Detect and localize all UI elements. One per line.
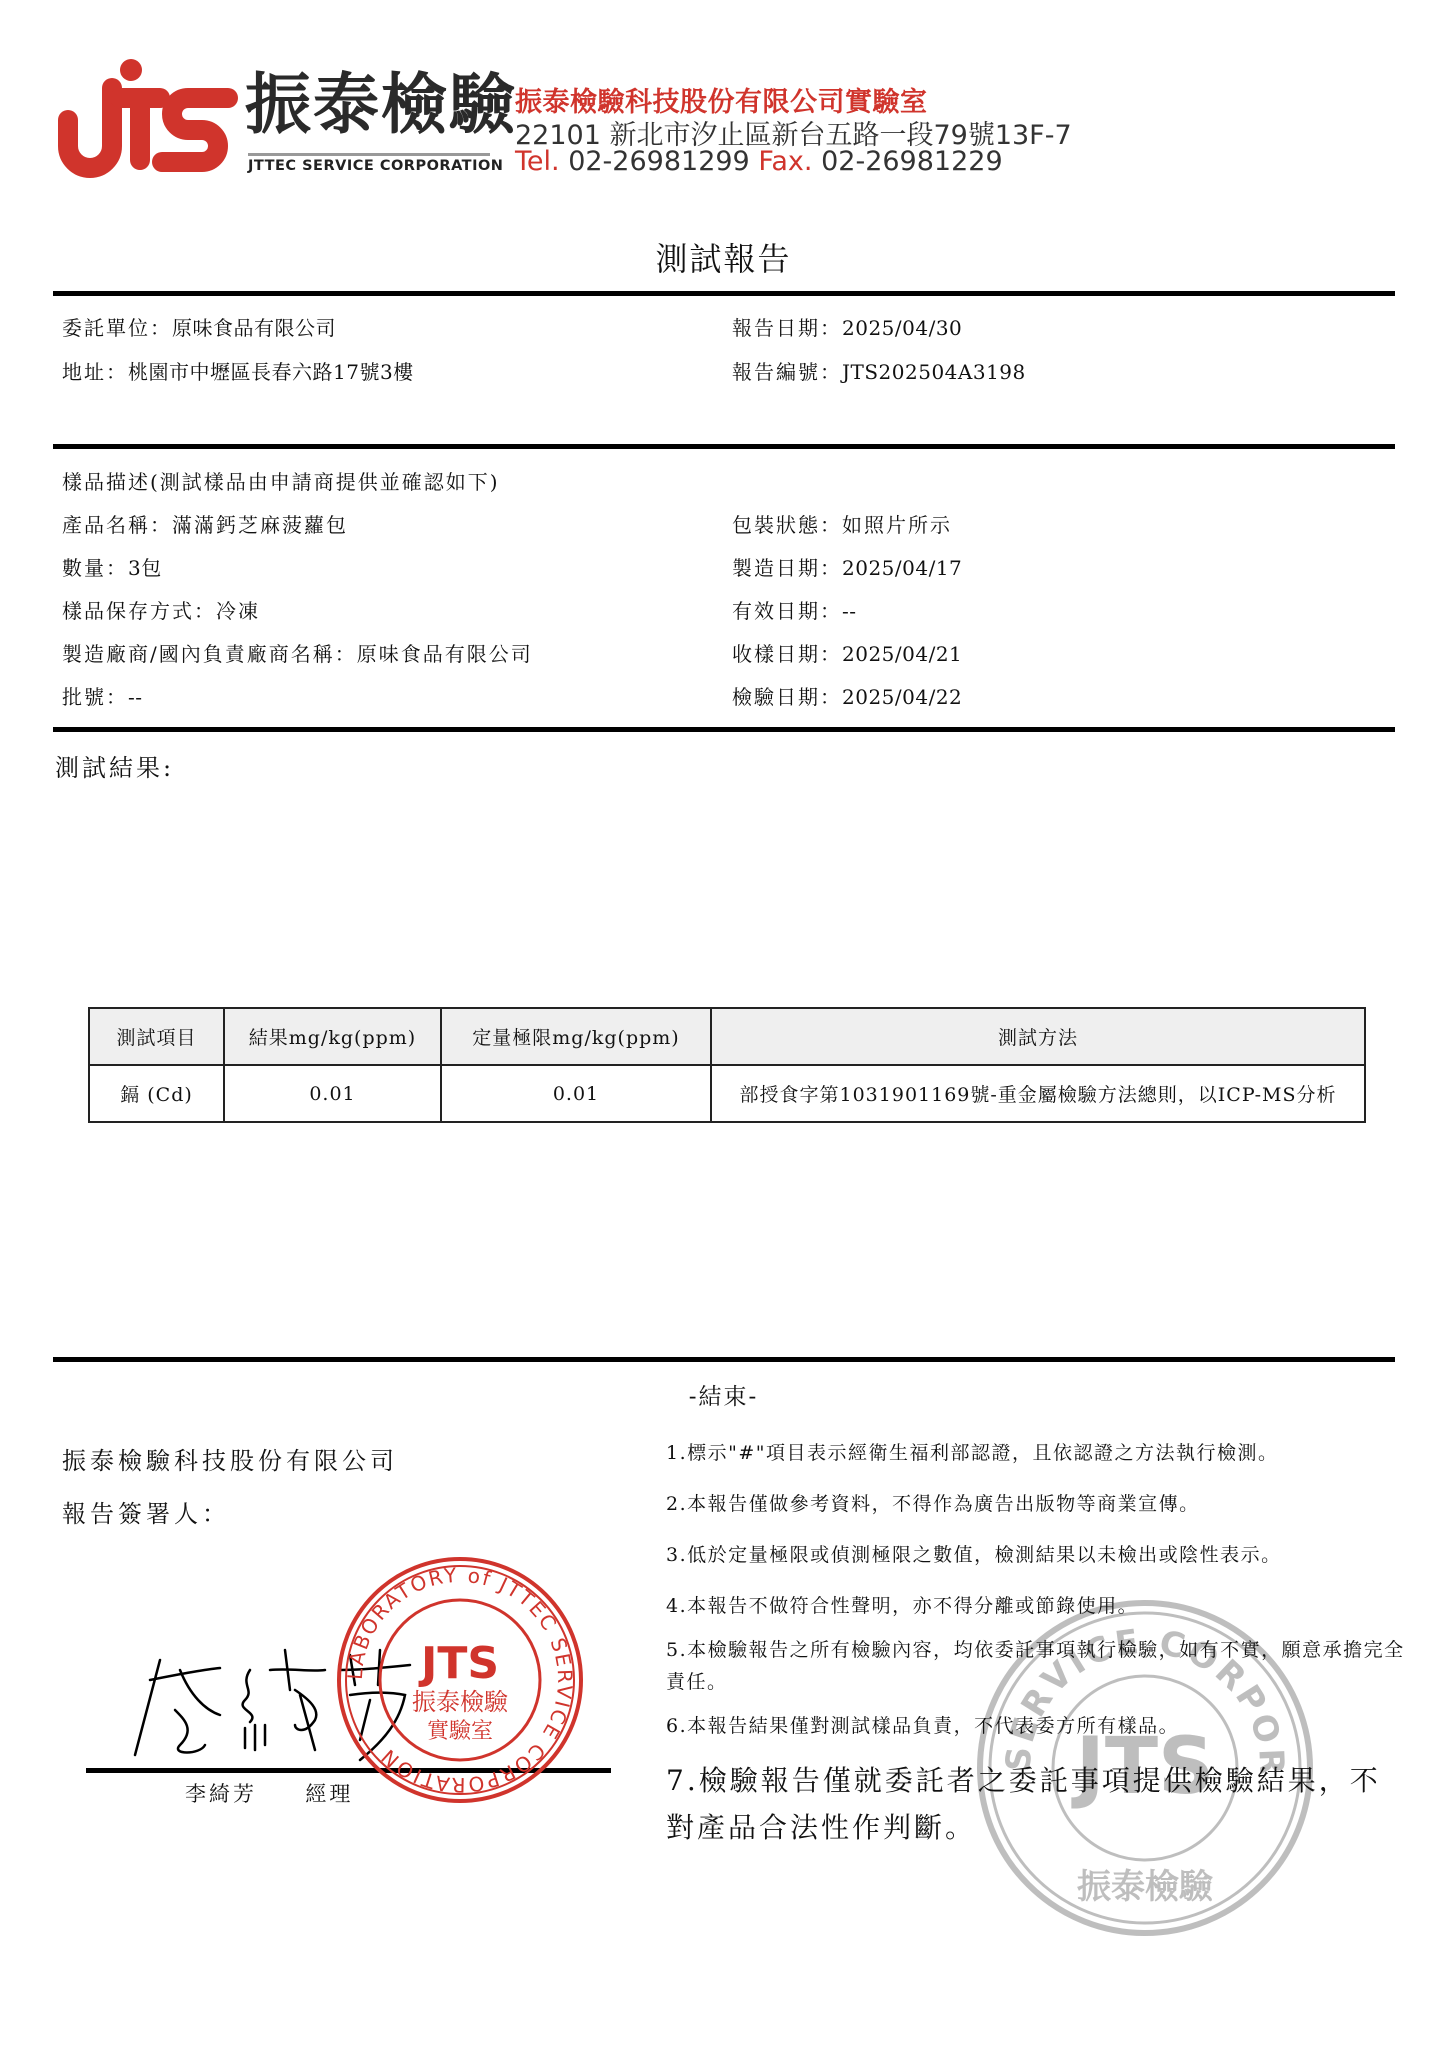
expiry-date-label: 有效日期： [732,599,842,623]
brand-name-cn: 振泰檢驗 [245,72,517,138]
expiry-date-value: -- [842,599,857,623]
fax-number: 02-26981229 [821,146,1003,177]
cell-method: 部授食字第1031901169號-重金屬檢驗方法總則，以ICP-MS分析 [711,1065,1365,1122]
divider [53,727,1395,732]
note-item: 1.標示"#"項目表示經衛生福利部認證，且依認證之方法執行檢測。 [666,1437,1406,1469]
signing-company: 振泰檢驗科技股份有限公司 [62,1441,398,1476]
client-unit-value: 原味食品有限公司 [172,316,336,340]
cell-result: 0.01 [224,1065,441,1122]
manufacture-date-value: 2025/04/17 [842,556,962,580]
brand-divider [248,153,490,156]
storage-method-value: 冷凍 [216,599,260,623]
batch-number-label: 批號： [62,685,128,709]
received-date: 收樣日期：2025/04/21 [732,638,962,667]
report-date-value: 2025/04/30 [842,316,962,340]
client-address: 地址：桃園市中壢區長春六路17號3樓 [62,356,414,385]
end-mark: -結束- [0,1378,1447,1411]
report-number: 報告編號：JTS202504A3198 [732,356,1026,385]
brand-name-en: JTTEC SERVICE CORPORATION [248,158,503,174]
manufacturer-value: 原味食品有限公司 [357,642,533,666]
client-address-label: 地址： [62,360,128,384]
product-name-label: 產品名稱： [62,513,172,537]
col-method: 測試方法 [711,1008,1365,1065]
note-item: 4.本報告不做符合性聲明，亦不得分離或節錄使用。 [666,1590,1406,1622]
batch-number: 批號：-- [62,681,143,710]
results-heading: 測試結果: [55,748,174,783]
cell-loq: 0.01 [441,1065,711,1122]
quantity-value: 3包 [128,556,162,580]
signer-name-title: 李綺芳 經理 [185,1778,353,1808]
report-number-value: JTS202504A3198 [842,360,1026,384]
svg-text:JTS: JTS [418,1638,499,1689]
divider [53,444,1395,449]
table-row: 鎘 (Cd) 0.01 0.01 部授食字第1031901169號-重金屬檢驗方… [89,1065,1365,1122]
note-item: 5.本檢驗報告之所有檢驗內容，均依委託事項執行檢驗，如有不實，願意承擔完全責任。 [666,1634,1406,1698]
quantity: 數量：3包 [62,552,162,581]
page-title: 測試報告 [0,234,1447,280]
manufacturer-label: 製造廠商/國內負責廠商名稱： [62,642,357,666]
manufacturer: 製造廠商/國內負責廠商名稱：原味食品有限公司 [62,638,533,667]
manufacture-date: 製造日期：2025/04/17 [732,552,962,581]
lab-stamp-icon: LABORATORY of JTTEC SERVICE CORPORATION … [335,1555,585,1805]
packaging-state: 包裝狀態：如照片所示 [732,509,952,538]
packaging-state-label: 包裝狀態： [732,513,842,537]
note-item: 3.低於定量極限或偵測極限之數值，檢測結果以未檢出或陰性表示。 [666,1539,1406,1571]
report-date-label: 報告日期： [732,316,842,340]
report-date: 報告日期：2025/04/30 [732,312,962,341]
divider [53,1357,1395,1362]
client-unit: 委託單位：原味食品有限公司 [62,312,336,341]
storage-method-label: 樣品保存方式： [62,599,216,623]
product-name: 產品名稱：滿滿鈣芝麻菠蘿包 [62,509,348,538]
client-address-value: 桃園市中壢區長春六路17號3樓 [128,360,414,384]
fax-label: Fax. [758,146,812,177]
batch-number-value: -- [128,685,143,709]
quantity-label: 數量： [62,556,128,580]
test-date-value: 2025/04/22 [842,685,962,709]
svg-text:實驗室: 實驗室 [427,1719,493,1744]
lab-contact: Tel. 02-26981299 Fax. 02-26981229 [515,146,1003,177]
col-test-item: 測試項目 [89,1008,224,1065]
received-date-value: 2025/04/21 [842,642,962,666]
tel-number: 02-26981299 [568,146,750,177]
table-header-row: 測試項目 結果mg/kg(ppm) 定量極限mg/kg(ppm) 測試方法 [89,1008,1365,1065]
note-item: 7.檢驗報告僅就委託者之委託事項提供檢驗結果，不對產品合法性作判斷。 [666,1757,1406,1851]
signer-label: 報告簽署人： [62,1494,230,1529]
received-date-label: 收樣日期： [732,642,842,666]
client-unit-label: 委託單位： [62,316,172,340]
test-date-label: 檢驗日期： [732,685,842,709]
notes-list: 1.標示"#"項目表示經衛生福利部認證，且依認證之方法執行檢測。 2.本報告僅做… [666,1437,1406,1870]
manufacture-date-label: 製造日期： [732,556,842,580]
test-date: 檢驗日期：2025/04/22 [732,681,962,710]
expiry-date: 有效日期：-- [732,595,857,624]
results-table: 測試項目 結果mg/kg(ppm) 定量極限mg/kg(ppm) 測試方法 鎘 … [88,1007,1366,1123]
storage-method: 樣品保存方式：冷凍 [62,595,260,624]
packaging-state-value: 如照片所示 [842,513,952,537]
cell-test-item: 鎘 (Cd) [89,1065,224,1122]
jts-logo [58,58,238,178]
svg-text:振泰檢驗: 振泰檢驗 [412,1688,509,1716]
report-number-label: 報告編號： [732,360,842,384]
product-name-value: 滿滿鈣芝麻菠蘿包 [172,513,348,537]
note-item: 2.本報告僅做參考資料，不得作為廣告出版物等商業宣傳。 [666,1488,1406,1520]
note-item: 6.本報告結果僅對測試樣品負責，不代表委方所有樣品。 [666,1710,1406,1742]
col-loq: 定量極限mg/kg(ppm) [441,1008,711,1065]
divider [53,291,1395,296]
sample-heading: 樣品描述(測試樣品由申請商提供並確認如下) [62,466,500,495]
tel-label: Tel. [515,146,560,177]
svg-text:振泰檢驗: 振泰檢驗 [1077,1867,1214,1907]
col-result: 結果mg/kg(ppm) [224,1008,441,1065]
